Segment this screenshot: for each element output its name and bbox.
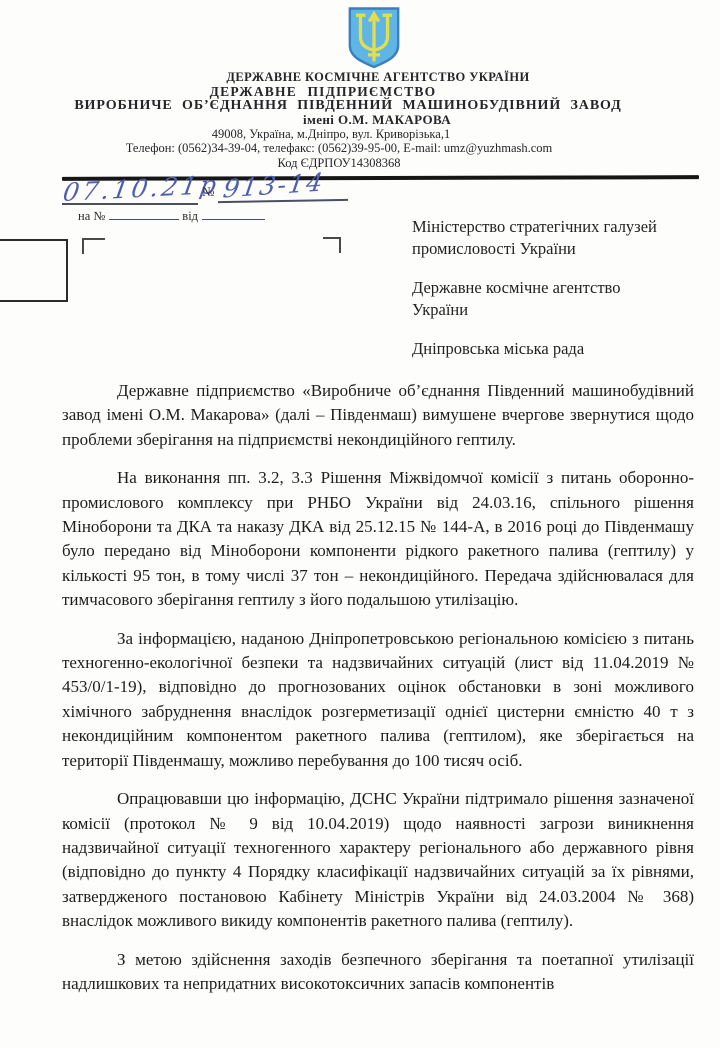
ukraine-trident-emblem-icon xyxy=(345,6,403,69)
body-paragraph-3: За інформацією, наданою Дніпропетровсько… xyxy=(62,627,694,773)
body-paragraph-2: На виконання пп. 3.2, 3.3 Рішення Міжвід… xyxy=(62,466,694,612)
letter-body: Державне підприємство «Виробниче об’єдна… xyxy=(62,379,694,1010)
reply-reference-line: на №від xyxy=(78,208,265,224)
handwritten-outgoing-number: 913-14 xyxy=(221,168,326,204)
handwritten-date: 07.10.21р xyxy=(61,170,221,207)
letterhead-contacts: Телефон: (0562)34-39-04, телефакс: (0562… xyxy=(0,141,689,156)
address-corner-mark-left xyxy=(82,238,105,254)
registration-stamp-box xyxy=(0,239,68,302)
letterhead-named-after: імені О.М. МАКАРОВА xyxy=(27,112,720,128)
recipient-ministry: Міністерство стратегічних галузей промис… xyxy=(412,216,680,259)
letterhead-address: 49008, Україна, м.Дніпро, вул. Криворізь… xyxy=(0,127,681,142)
recipient-city-council: Дніпровська міська рада xyxy=(412,338,680,360)
letterhead-agency: ДЕРЖАВНЕ КОСМІЧНЕ АГЕНТСТВО УКРАЇНИ xyxy=(28,70,720,85)
body-paragraph-5: З метою здійснення заходів безпечного зб… xyxy=(62,948,694,997)
address-corner-mark-right xyxy=(323,237,341,253)
reply-label-na: на № xyxy=(78,209,105,223)
letterhead-edrpou-code: Код ЄДРПОУ14308368 xyxy=(0,156,689,171)
body-paragraph-4: Опрацювавши цю інформацію, ДСНС України … xyxy=(62,787,694,933)
number-sign: № xyxy=(202,184,214,200)
reply-label-vid: від xyxy=(182,209,198,223)
reply-date-blank xyxy=(202,208,265,220)
reply-number-blank xyxy=(109,208,179,220)
recipients-block: Міністерство стратегічних галузей промис… xyxy=(412,216,680,378)
recipient-space-agency: Державне космічне агентство України xyxy=(412,277,680,320)
date-underline xyxy=(62,203,198,205)
scanned-letter-page: ДЕРЖАВНЕ КОСМІЧНЕ АГЕНТСТВО УКРАЇНИ ДЕРЖ… xyxy=(0,0,720,1048)
body-paragraph-1: Державне підприємство «Виробниче об’єдна… xyxy=(62,379,694,452)
